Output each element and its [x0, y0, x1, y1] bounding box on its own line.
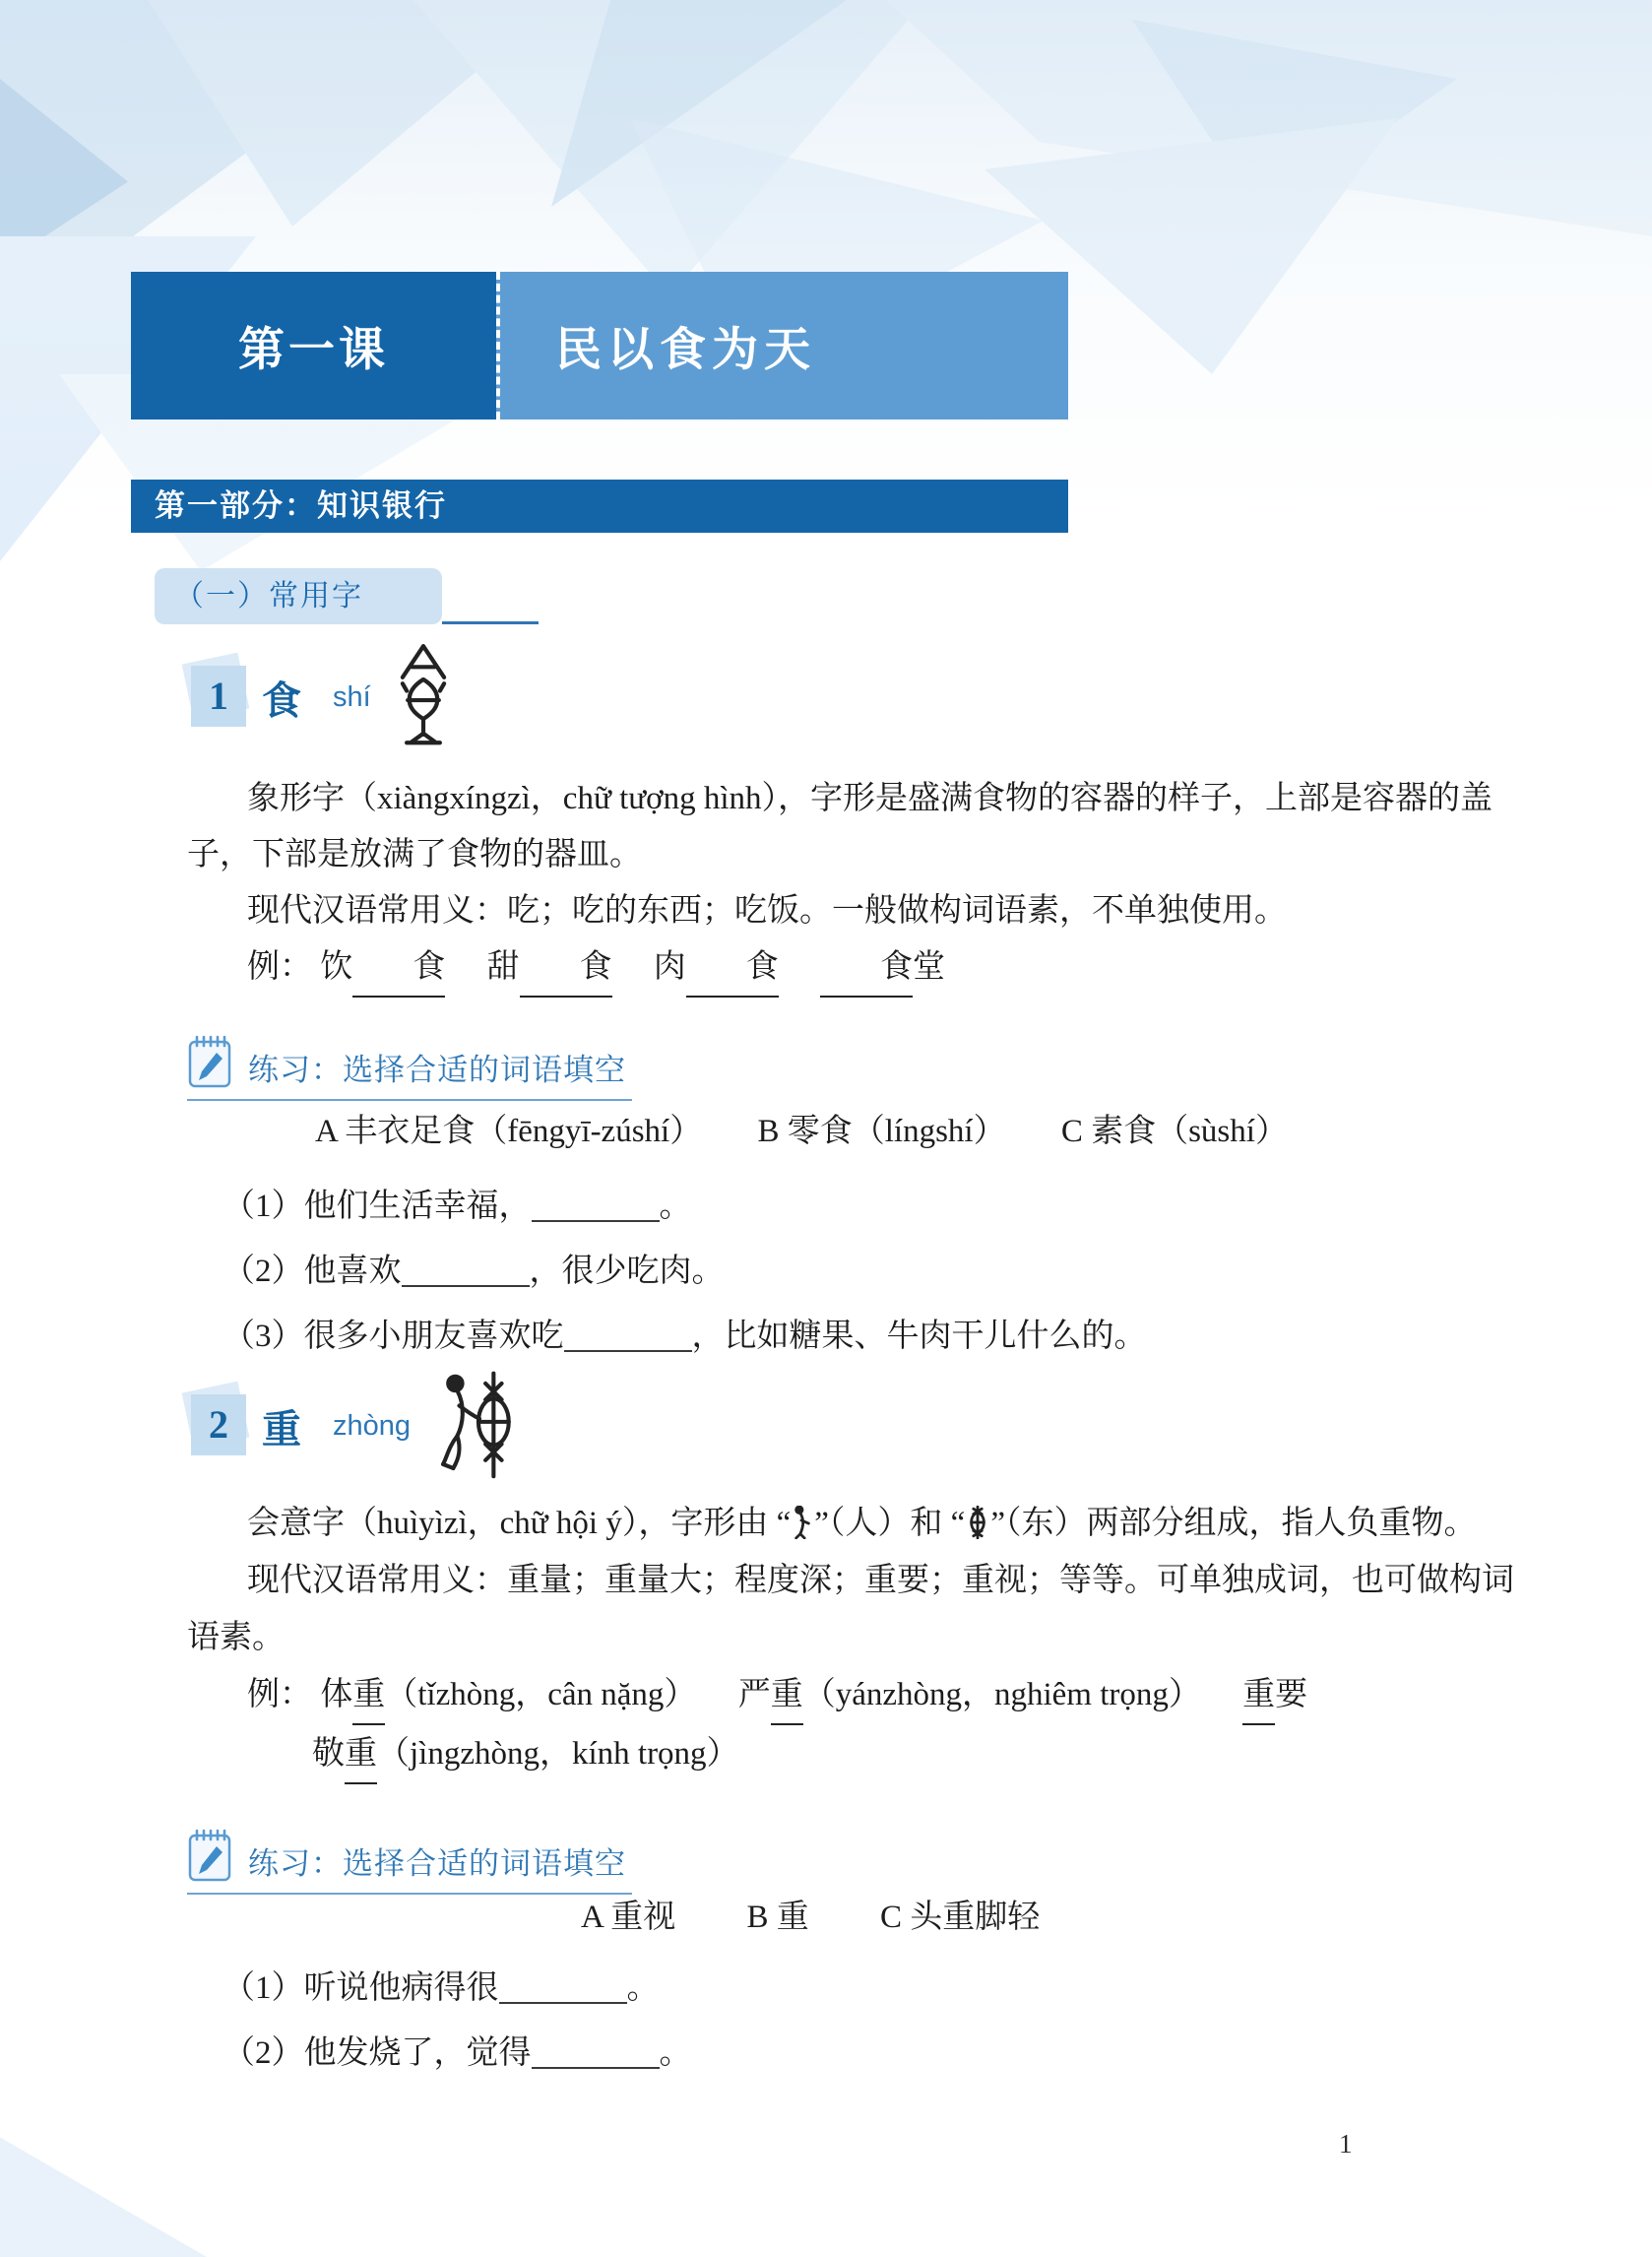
- examples-line: 例： 体重（tǐzhòng，cân nặng） 严重（yánzhòng，nghi…: [187, 1666, 1526, 1725]
- entry2-text: 会意字（huìyìzì，chữ hội ý），字形由 “”（人）和 “”（东）两…: [187, 1495, 1526, 1784]
- entry-pinyin: zhòng: [333, 1410, 411, 1443]
- option: C 头重脚轻: [880, 1900, 1040, 1935]
- example-word: 严重（yánzhòng，nghiêm trọng）: [738, 1677, 1201, 1712]
- textbook-page: 第一课 民以食为天 第一部分：知识银行 （一）常用字 1 食 shí 象形字（x…: [0, 0, 1652, 2257]
- paragraph: 现代汉语常用义：吃；吃的东西；吃饭。一般做构词语素，不单独使用。: [187, 883, 1526, 939]
- fill-in-list: （1）听说他病得很。 （2）他发烧了，觉得。: [222, 1956, 692, 2086]
- word-part: （jìngzhòng，kính trọng）: [377, 1736, 739, 1772]
- word-part: 饮: [320, 949, 352, 985]
- notepad-pencil-icon: [187, 1828, 232, 1883]
- word-part: 肉: [654, 949, 686, 985]
- fill-in-line: （3）很多小朋友喜欢吃，比如糖果、牛肉干儿什么的。: [222, 1304, 1147, 1369]
- paragraph: 现代汉语常用义：重量；重量大；程度深；重要；重视；等等。可单独成词，也可做构词语…: [187, 1552, 1526, 1666]
- example-word: 甜食: [487, 949, 612, 985]
- lesson-title-box: 民以食为天: [496, 272, 1068, 419]
- word-part: 要: [1275, 1677, 1307, 1712]
- word-part-underlined: 重: [1242, 1666, 1275, 1725]
- option: A 丰衣足食（fēngyī-zúshí）: [315, 1114, 702, 1149]
- entry1-text: 象形字（xiàngxíngzì，chữ tượng hình），字形是盛满食物的…: [187, 771, 1526, 998]
- fill-in-line: （2）他发烧了，觉得。: [222, 2021, 692, 2086]
- sentence-part: （3）很多小朋友喜欢吃: [222, 1319, 564, 1354]
- exercise-title: 练习：选择合适的词语填空: [248, 1045, 626, 1089]
- sentence-part: （2）他发烧了，觉得: [222, 2035, 532, 2071]
- fill-in-blank: [532, 1191, 660, 1222]
- examples-label: 例：: [247, 949, 312, 985]
- sentence-part: 。: [627, 1970, 660, 2006]
- entry-character: 食: [262, 670, 301, 726]
- example-word: 食堂: [820, 949, 945, 985]
- example-word: 敬重（jìngzhòng，kính trọng）: [312, 1736, 739, 1772]
- option: C 素食（sùshí）: [1061, 1114, 1288, 1149]
- oracle-glyph-zhong-icon: [439, 1369, 520, 1485]
- fill-in-blank: [532, 2037, 660, 2069]
- entry-pinyin: shí: [333, 681, 371, 714]
- example-word: 肉食: [654, 949, 779, 985]
- page-number: 1: [1339, 2129, 1353, 2160]
- word-part-underlined: 食: [352, 939, 445, 998]
- word-part-underlined: 重: [345, 1725, 377, 1784]
- sentence-part: 。: [660, 2035, 692, 2071]
- notepad-pencil-icon: [187, 1034, 232, 1089]
- fill-in-blank: [499, 1972, 627, 2004]
- word-part: 敬: [312, 1736, 345, 1772]
- fill-in-list: （1）他们生活幸福，。 （2）他喜欢，很少吃肉。 （3）很多小朋友喜欢吃，比如糖…: [222, 1174, 1147, 1369]
- oracle-glyph-person-icon: [793, 1506, 812, 1539]
- exercise-title: 练习：选择合适的词语填空: [248, 1838, 626, 1883]
- sentence-part: ”（东）两部分组成，指人负重物。: [990, 1506, 1476, 1541]
- fill-in-line: （1）他们生活幸福，。: [222, 1174, 1147, 1239]
- example-word: 体重（tǐzhòng，cân nặng）: [320, 1677, 696, 1712]
- sentence-part: ，很少吃肉。: [530, 1254, 725, 1289]
- entry-number-badge: 2: [185, 1383, 250, 1461]
- word-part: 甜: [487, 949, 520, 985]
- sentence-part: （1）他们生活幸福，: [222, 1189, 532, 1224]
- entry-number: 2: [191, 1394, 246, 1455]
- word-part-underlined: 食: [520, 939, 612, 998]
- word-part: （tǐzhòng，cân nặng）: [385, 1677, 696, 1712]
- examples-label: 例：: [247, 1677, 312, 1712]
- deco-triangle: [0, 2107, 207, 2257]
- examples-line: 例： 饮食 甜食 肉食 食堂: [187, 939, 1526, 998]
- option: B 重: [747, 1900, 809, 1935]
- word-part: 体: [320, 1677, 352, 1712]
- option: B 零食（língshí）: [757, 1114, 1005, 1149]
- example-word: 重要: [1242, 1677, 1307, 1712]
- sentence-part: （2）他喜欢: [222, 1254, 402, 1289]
- exercise-options: A 丰衣足食（fēngyī-zúshí） B 零食（língshí） C 素食（…: [315, 1105, 1288, 1151]
- paragraph: 象形字（xiàngxíngzì，chữ tượng hình），字形是盛满食物的…: [187, 771, 1526, 883]
- word-part-underlined: 重: [771, 1666, 803, 1725]
- word-part-underlined: 重: [352, 1666, 385, 1725]
- entry-number: 1: [191, 666, 246, 727]
- entry-character: 重: [262, 1398, 301, 1454]
- oracle-glyph-dong-icon: [967, 1506, 988, 1539]
- example-word: 饮食: [320, 949, 445, 985]
- exercise-header: 练习：选择合适的词语填空: [187, 1034, 632, 1101]
- part-header-bar: 第一部分：知识银行: [131, 480, 1068, 533]
- subsection-underline: [442, 621, 539, 624]
- oracle-glyph-shi-icon: [392, 642, 455, 756]
- fill-in-line: （1）听说他病得很。: [222, 1956, 692, 2021]
- sentence-part: 。: [660, 1189, 692, 1224]
- sentence-part: （1）听说他病得很: [222, 1970, 499, 2006]
- sentence-part: ”（人）和 “: [814, 1506, 965, 1541]
- lesson-banner: 第一课 民以食为天: [131, 272, 1068, 419]
- fill-in-blank: [402, 1256, 530, 1287]
- subsection-chip: （一）常用字: [155, 568, 442, 624]
- exercise-options: A 重视 B 重 C 头重脚轻: [581, 1891, 1040, 1937]
- option: A 重视: [581, 1900, 675, 1935]
- lesson-number-box: 第一课: [131, 272, 496, 419]
- examples-line: 敬重（jìngzhòng，kính trọng）: [187, 1725, 1526, 1784]
- paragraph-with-glyphs: 会意字（huìyìzì，chữ hội ý），字形由 “”（人）和 “”（东）两…: [187, 1495, 1526, 1552]
- sentence-part: ，比如糖果、牛肉干儿什么的。: [692, 1319, 1147, 1354]
- exercise-header: 练习：选择合适的词语填空: [187, 1828, 632, 1895]
- word-part: （yánzhòng，nghiêm trọng）: [803, 1677, 1201, 1712]
- word-part: 严: [738, 1677, 771, 1712]
- fill-in-line: （2）他喜欢，很少吃肉。: [222, 1239, 1147, 1304]
- fill-in-blank: [564, 1321, 692, 1352]
- sentence-part: 会意字（huìyìzì，chữ hội ý），字形由 “: [247, 1506, 791, 1541]
- word-part-underlined: 食: [686, 939, 779, 998]
- entry-number-badge: 1: [185, 654, 250, 733]
- word-part: 堂: [913, 949, 945, 985]
- word-part-underlined: 食: [820, 939, 913, 998]
